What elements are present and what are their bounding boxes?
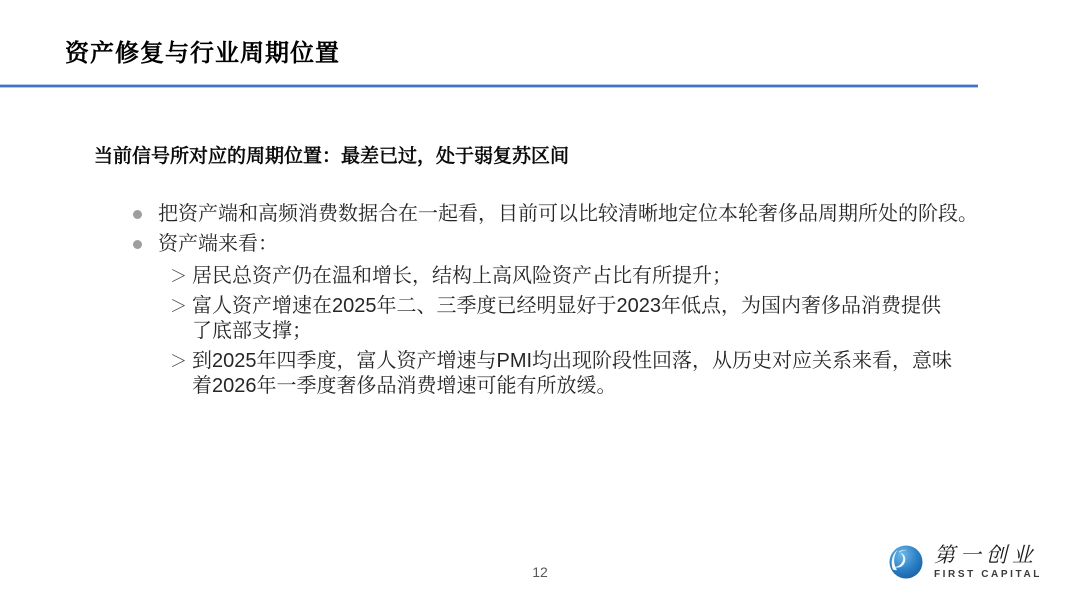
globe-icon [888,543,924,580]
page-title: 资产修复与行业周期位置 [65,33,340,68]
sub-list-item-text: 居民总资产仍在温和增长，结构上高风险资产占比有所提升； [192,264,954,289]
first-capital-logo: 第一创业 FIRST CAPITAL [888,543,1042,580]
sub-list-item-text: 到2025年四季度，富人资产增速与PMI均出现阶段性回落，从历史对应关系来看，意… [192,349,954,399]
logo-text-block: 第一创业 FIRST CAPITAL [934,543,1042,580]
bullet-dot-icon [133,210,142,219]
title-underline [0,84,978,88]
sub-list-item: ＞ 居民总资产仍在温和增长，结构上高风险资产占比有所提升； [170,264,1003,289]
bullet-dot-icon [133,240,142,249]
section-heading: 当前信号所对应的周期位置：最差已过，处于弱复苏区间 [94,141,569,168]
logo-english-name: FIRST CAPITAL [934,569,1042,580]
sub-bullet-list: ＞ 居民总资产仍在温和增长，结构上高风险资产占比有所提升； ＞ 富人资产增速在2… [170,264,1003,399]
bullet-list: 把资产端和高频消费数据合在一起看，目前可以比较清晰地定位本轮奢侈品周期所处的阶段… [133,200,1003,404]
list-item: 资产端来看： [133,230,1003,258]
chevron-right-icon: ＞ [170,294,192,319]
chevron-right-icon: ＞ [170,264,192,289]
list-item-text: 资产端来看： [158,230,988,258]
presentation-slide: 资产修复与行业周期位置 当前信号所对应的周期位置：最差已过，处于弱复苏区间 把资… [0,0,1080,608]
list-item-text: 把资产端和高频消费数据合在一起看，目前可以比较清晰地定位本轮奢侈品周期所处的阶段… [158,200,988,228]
chevron-right-icon: ＞ [170,349,192,374]
logo-chinese-name: 第一创业 [934,543,1042,567]
sub-list-item-text: 富人资产增速在2025年二、三季度已经明显好于2023年低点，为国内奢侈品消费提… [192,294,954,344]
list-item: 把资产端和高频消费数据合在一起看，目前可以比较清晰地定位本轮奢侈品周期所处的阶段… [133,200,1003,228]
sub-list-item: ＞ 富人资产增速在2025年二、三季度已经明显好于2023年低点，为国内奢侈品消… [170,294,1003,344]
sub-list-item: ＞ 到2025年四季度，富人资产增速与PMI均出现阶段性回落，从历史对应关系来看… [170,349,1003,399]
